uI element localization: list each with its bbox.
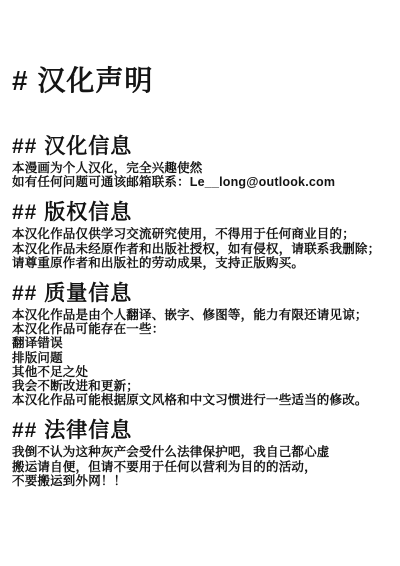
text-line: 本汉化作品是由个人翻译、嵌字、修图等，能力有限还请见谅； <box>12 308 392 322</box>
text-line: 本漫画为个人汉化，完全兴趣使然 <box>12 161 392 175</box>
section-quality-info: ## 质量信息 本汉化作品是由个人翻译、嵌字、修图等，能力有限还请见谅； 本汉化… <box>12 282 392 407</box>
text-line: 我会不断改进和更新； <box>12 379 392 393</box>
translation-statement-document: # 汉化声明 ## 汉化信息 本漫画为个人汉化，完全兴趣使然 如有任何问题可通该… <box>0 0 400 566</box>
text-line-contact-email: 如有任何问题可通该邮箱联系：Le__long@outlook.com <box>12 175 392 189</box>
text-line: 本汉化作品未经原作者和出版社授权，如有侵权，请联系我删除； <box>12 242 392 256</box>
text-line: 搬运请自便，但请不要用于任何以营利为目的的活动， <box>12 460 392 474</box>
text-line: 翻译错误 <box>12 336 392 350</box>
text-line: 其他不足之处 <box>12 365 392 379</box>
section-heading-quality-info: ## 质量信息 <box>12 282 392 305</box>
text-line: 排版问题 <box>12 351 392 365</box>
section-translation-info: ## 汉化信息 本漫画为个人汉化，完全兴趣使然 如有任何问题可通该邮箱联系：Le… <box>12 135 392 189</box>
section-heading-translation-info: ## 汉化信息 <box>12 135 392 158</box>
section-legal-info: ## 法律信息 我倒不认为这种灰产会受什么法律保护吧，我自己都心虚 搬运请自便，… <box>12 419 392 488</box>
section-copyright-info: ## 版权信息 本汉化作品仅供学习交流研究使用，不得用于任何商业目的； 本汉化作… <box>12 201 392 270</box>
section-heading-copyright-info: ## 版权信息 <box>12 201 392 224</box>
section-heading-legal-info: ## 法律信息 <box>12 419 392 442</box>
text-line: 本汉化作品仅供学习交流研究使用，不得用于任何商业目的； <box>12 227 392 241</box>
text-line: 不要搬运到外网！！ <box>12 474 392 488</box>
text-line: 请尊重原作者和出版社的劳动成果，支持正版购买。 <box>12 256 392 270</box>
text-line: 本汉化作品可能根据原文风格和中文习惯进行一些适当的修改。 <box>12 393 392 407</box>
text-line: 本汉化作品可能存在一些： <box>12 322 392 336</box>
page-title: # 汉化声明 <box>12 64 392 97</box>
text-line: 我倒不认为这种灰产会受什么法律保护吧，我自己都心虚 <box>12 445 392 459</box>
